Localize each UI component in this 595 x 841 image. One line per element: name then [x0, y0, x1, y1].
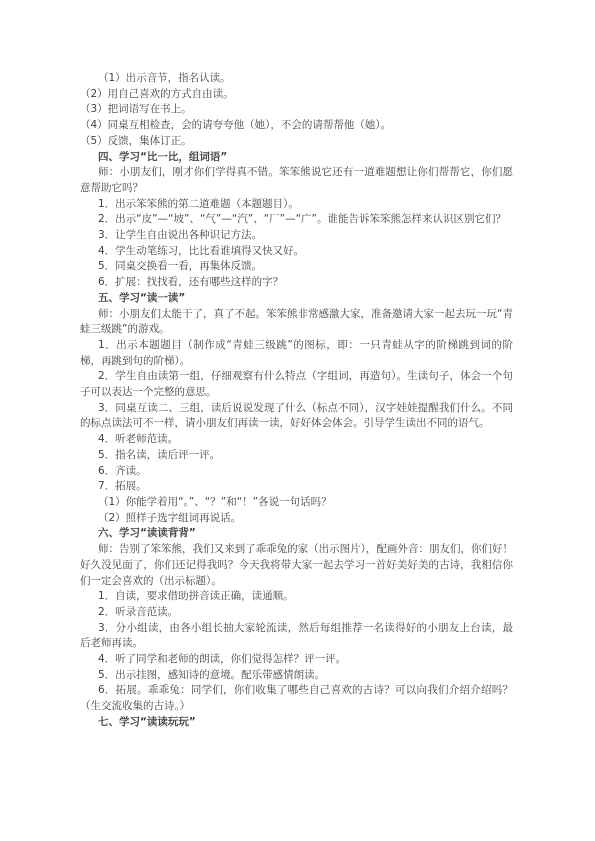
numbered-step: 3．分小组读，由各小组长抽大家轮流读，然后每组推荐一名读得好的小朋友上台读，最后… — [80, 621, 513, 652]
numbered-step: 5．指名读，读后评一评。 — [80, 448, 513, 464]
list-item: （3）把词语写在书上。 — [80, 102, 513, 118]
numbered-step: 5．同桌交换看一看，再集体反馈。 — [80, 259, 513, 275]
list-item: （1）你能学着用“。”、“？”和“！”各说一句话吗？ — [80, 495, 513, 511]
numbered-step: 2．出示“皮”—“坡”、“气”—“汽”、“厂”—“广”。谁能告诉笨笨熊怎样来认识… — [80, 212, 513, 228]
numbered-step: 5．出示挂图，感知诗的意境。配乐带感情朗读。 — [80, 668, 513, 684]
section-heading-six: 六、学习“读读背背” — [80, 526, 513, 542]
numbered-step: 4．听了同学和老师的朗读，你们觉得怎样？评一评。 — [80, 652, 513, 668]
document-body: （1）出示音节，指名认读。 （2）用自己喜欢的方式自由读。 （3）把词语写在书上… — [80, 71, 513, 731]
numbered-step: 4．听老师范读。 — [80, 432, 513, 448]
document-page: （1）出示音节，指名认读。 （2）用自己喜欢的方式自由读。 （3）把词语写在书上… — [0, 0, 595, 841]
numbered-step: 4．学生动笔练习，比比看谁填得又快又好。 — [80, 244, 513, 260]
list-item: （2）照样子选字组词再说话。 — [80, 511, 513, 527]
numbered-step: 6．齐读。 — [80, 464, 513, 480]
section-heading-five: 五、学习“读一读” — [80, 291, 513, 307]
teacher-dialogue: 师：小朋友们太能干了，真了不起。笨笨熊非常感激大家，准备邀请大家一起去玩一玩“青… — [80, 307, 513, 338]
numbered-step: 1．出示笨笨熊的第二道难题（本题题目）。 — [80, 197, 513, 213]
section-heading-seven: 七、学习“读读玩玩” — [80, 715, 513, 731]
numbered-step: 6．扩展：找找看，还有哪些这样的字？ — [80, 275, 513, 291]
list-item: （4）同桌互相检查，会的请夸夸他（她），不会的请帮帮他（她）。 — [80, 118, 513, 134]
list-item: （1）出示音节，指名认读。 — [80, 71, 513, 87]
numbered-step: 3．同桌互读二、三组，读后说说发现了什么（标点不同），汉字娃娃提醒我们什么。不同… — [80, 401, 513, 432]
numbered-step: 2．学生自由读第一组，仔细观察有什么特点（字组词，再造句）。生读句子，体会一个句… — [80, 369, 513, 400]
numbered-step: 2．听录音范读。 — [80, 605, 513, 621]
numbered-step: 1．自读，要求借助拼音读正确，读通顺。 — [80, 589, 513, 605]
teacher-dialogue: 师：告别了笨笨熊，我们又来到了乖乖兔的家（出示图片），配画外音：朋友们，你们好！… — [80, 542, 513, 589]
section-heading-four: 四、学习“比一比，组词语” — [80, 150, 513, 166]
numbered-step: 6．拓展。乖乖兔：同学们，你们收集了哪些自己喜欢的古诗？可以向我们介绍介绍吗？（… — [80, 683, 513, 714]
teacher-dialogue: 师：小朋友们，刚才你们学得真不错。笨笨熊说它还有一道难题想让你们帮帮它，你们愿意… — [80, 165, 513, 196]
list-item: （5）反馈，集体订正。 — [80, 134, 513, 150]
numbered-step: 7．拓展。 — [80, 479, 513, 495]
numbered-step: 1．出示本题题目（制作成“青蛙三级跳”的图标，即：一只青蛙从字的阶梯跳到词的阶梯… — [80, 338, 513, 369]
list-item: （2）用自己喜欢的方式自由读。 — [80, 87, 513, 103]
numbered-step: 3．让学生自由说出各种识记方法。 — [80, 228, 513, 244]
